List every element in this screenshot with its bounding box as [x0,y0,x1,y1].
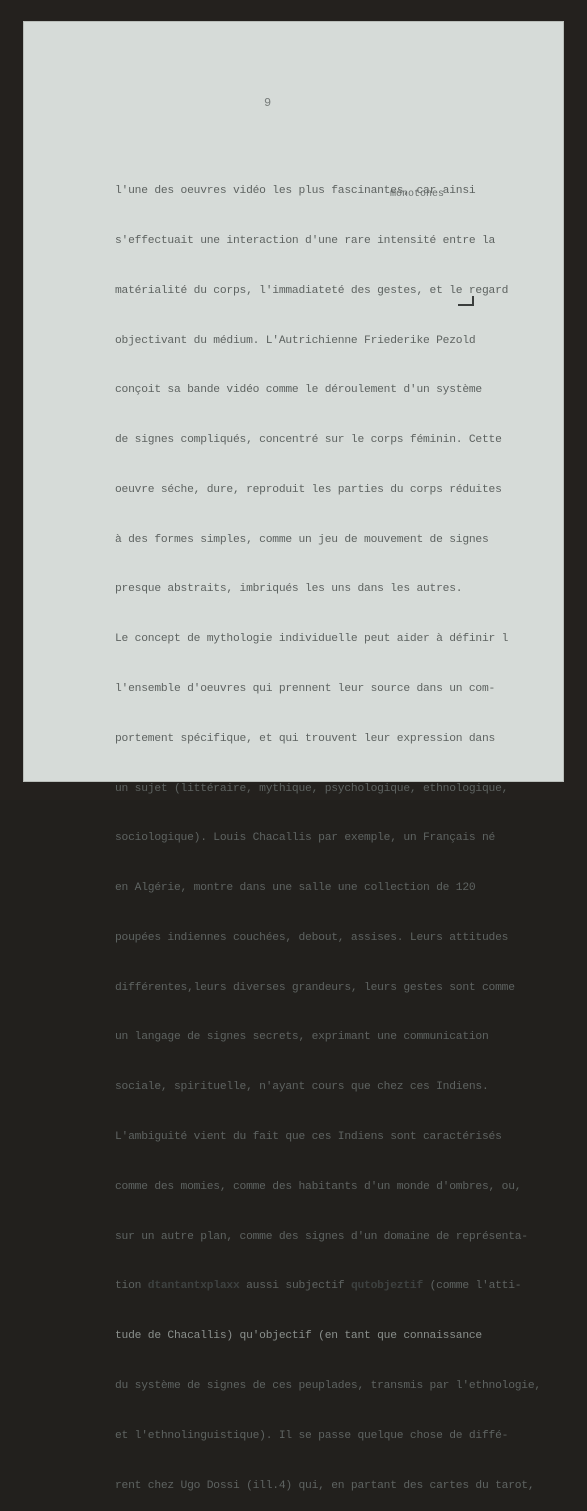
text-line: presque abstraits, imbriqués les uns dan… [115,581,541,598]
text-line: objectivant du médium. L'Autrichienne Fr… [115,333,541,350]
text-line: de signes compliqués, concentré sur le c… [115,432,541,449]
text-line: conçoit sa bande vidéo comme le déroulem… [115,382,541,399]
text-line: s'effectuait une interaction d'une rare … [115,233,541,250]
body-text: l'une des oeuvres vidéo les plus fascina… [115,150,541,800]
text-line: à des formes simples, comme un jeu de mo… [115,532,541,549]
text-line: un sujet (littéraire, mythique, psycholo… [115,781,541,798]
text-line: oeuvre séche, dure, reproduit les partie… [115,482,541,499]
text-line: l'ensemble d'oeuvres qui prennent leur s… [115,681,541,698]
text-line: matérialité du corps, l'immadiateté des … [115,283,541,300]
text-line: Le concept de mythologie individuelle pe… [115,631,541,648]
page-number: 9 [264,96,271,110]
text-line: portement spécifique, et qui trouvent le… [115,731,541,748]
text-line: l'une des oeuvres vidéo les plus fascina… [115,183,541,200]
